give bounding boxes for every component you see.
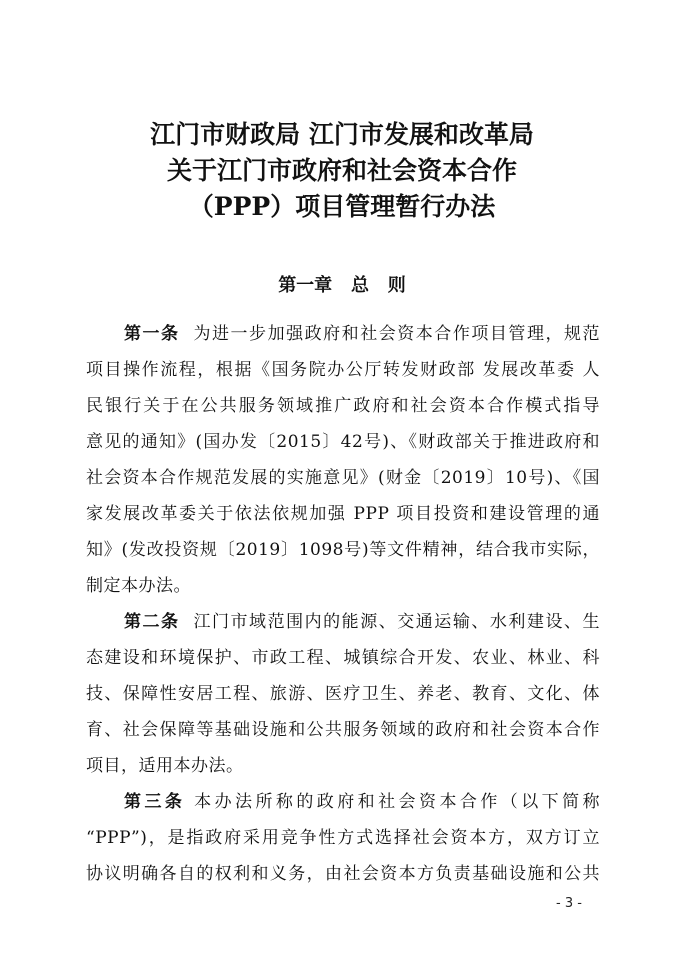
article-1-line-5: 社会资本合作规范发展的实施意见》(财金〔2019〕10号)、《国 [86, 460, 600, 496]
article-1-line-3: 民银行关于在公共服务领域推广政府和社会资本合作模式指导 [86, 388, 600, 424]
title-line-1: 江门市财政局 江门市发展和改革局 [0, 117, 684, 153]
article-1-line-7: 知》(发改投资规〔2019〕1098号)等文件精神，结合我市实际， [86, 532, 600, 568]
article-2-line-2: 态建设和环境保护、市政工程、城镇综合开发、农业、林业、科 [86, 640, 600, 676]
article-2-line-1: 第二条 江门市域范围内的能源、交通运输、水利建设、生 [86, 604, 600, 640]
article-label: 第二条 [124, 612, 180, 632]
article-text: 本办法所称的政府和社会资本合作（以下简称 [194, 792, 600, 812]
article-2-line-3: 技、保障性安居工程、旅游、医疗卫生、养老、教育、文化、体 [86, 676, 600, 712]
document-page: 江门市财政局 江门市发展和改革局 关于江门市政府和社会资本合作 （PPP）项目管… [0, 0, 684, 967]
title-line-3: （PPP）项目管理暂行办法 [0, 189, 684, 225]
article-3-line-3: 协议明确各自的权利和义务，由社会资本方负责基础设施和公共 [86, 856, 600, 892]
document-body: 第一条 为进一步加强政府和社会资本合作项目管理，规范 项目操作流程，根据《国务院… [86, 316, 600, 892]
article-2-line-4: 育、社会保障等基础设施和公共服务领域的政府和社会资本合作 [86, 712, 600, 748]
article-1-line-8: 制定本办法。 [86, 568, 600, 604]
article-1-line-6: 家发展改革委关于依法依规加强 PPP 项目投资和建设管理的通 [86, 496, 600, 532]
document-title: 江门市财政局 江门市发展和改革局 关于江门市政府和社会资本合作 （PPP）项目管… [0, 117, 684, 225]
article-1-line-4: 意见的通知》(国办发〔2015〕42号)、《财政部关于推进政府和 [86, 424, 600, 460]
article-text: 为进一步加强政府和社会资本合作项目管理，规范 [193, 324, 600, 344]
article-2-line-5: 项目，适用本办法。 [86, 748, 600, 784]
title-line-2: 关于江门市政府和社会资本合作 [0, 153, 684, 189]
page-number: - 3 - [556, 896, 582, 912]
article-3-line-1: 第三条 本办法所称的政府和社会资本合作（以下简称 [86, 784, 600, 820]
article-label: 第三条 [124, 792, 185, 812]
article-1-line-2: 项目操作流程，根据《国务院办公厅转发财政部 发展改革委 人 [86, 352, 600, 388]
chapter-heading: 第一章 总 则 [0, 274, 684, 298]
article-3-line-2: “PPP”)，是指政府采用竞争性方式选择社会资本方，双方订立 [86, 820, 600, 856]
article-1-line-1: 第一条 为进一步加强政府和社会资本合作项目管理，规范 [86, 316, 600, 352]
article-label: 第一条 [124, 324, 180, 344]
article-text: 江门市域范围内的能源、交通运输、水利建设、生 [193, 612, 600, 632]
